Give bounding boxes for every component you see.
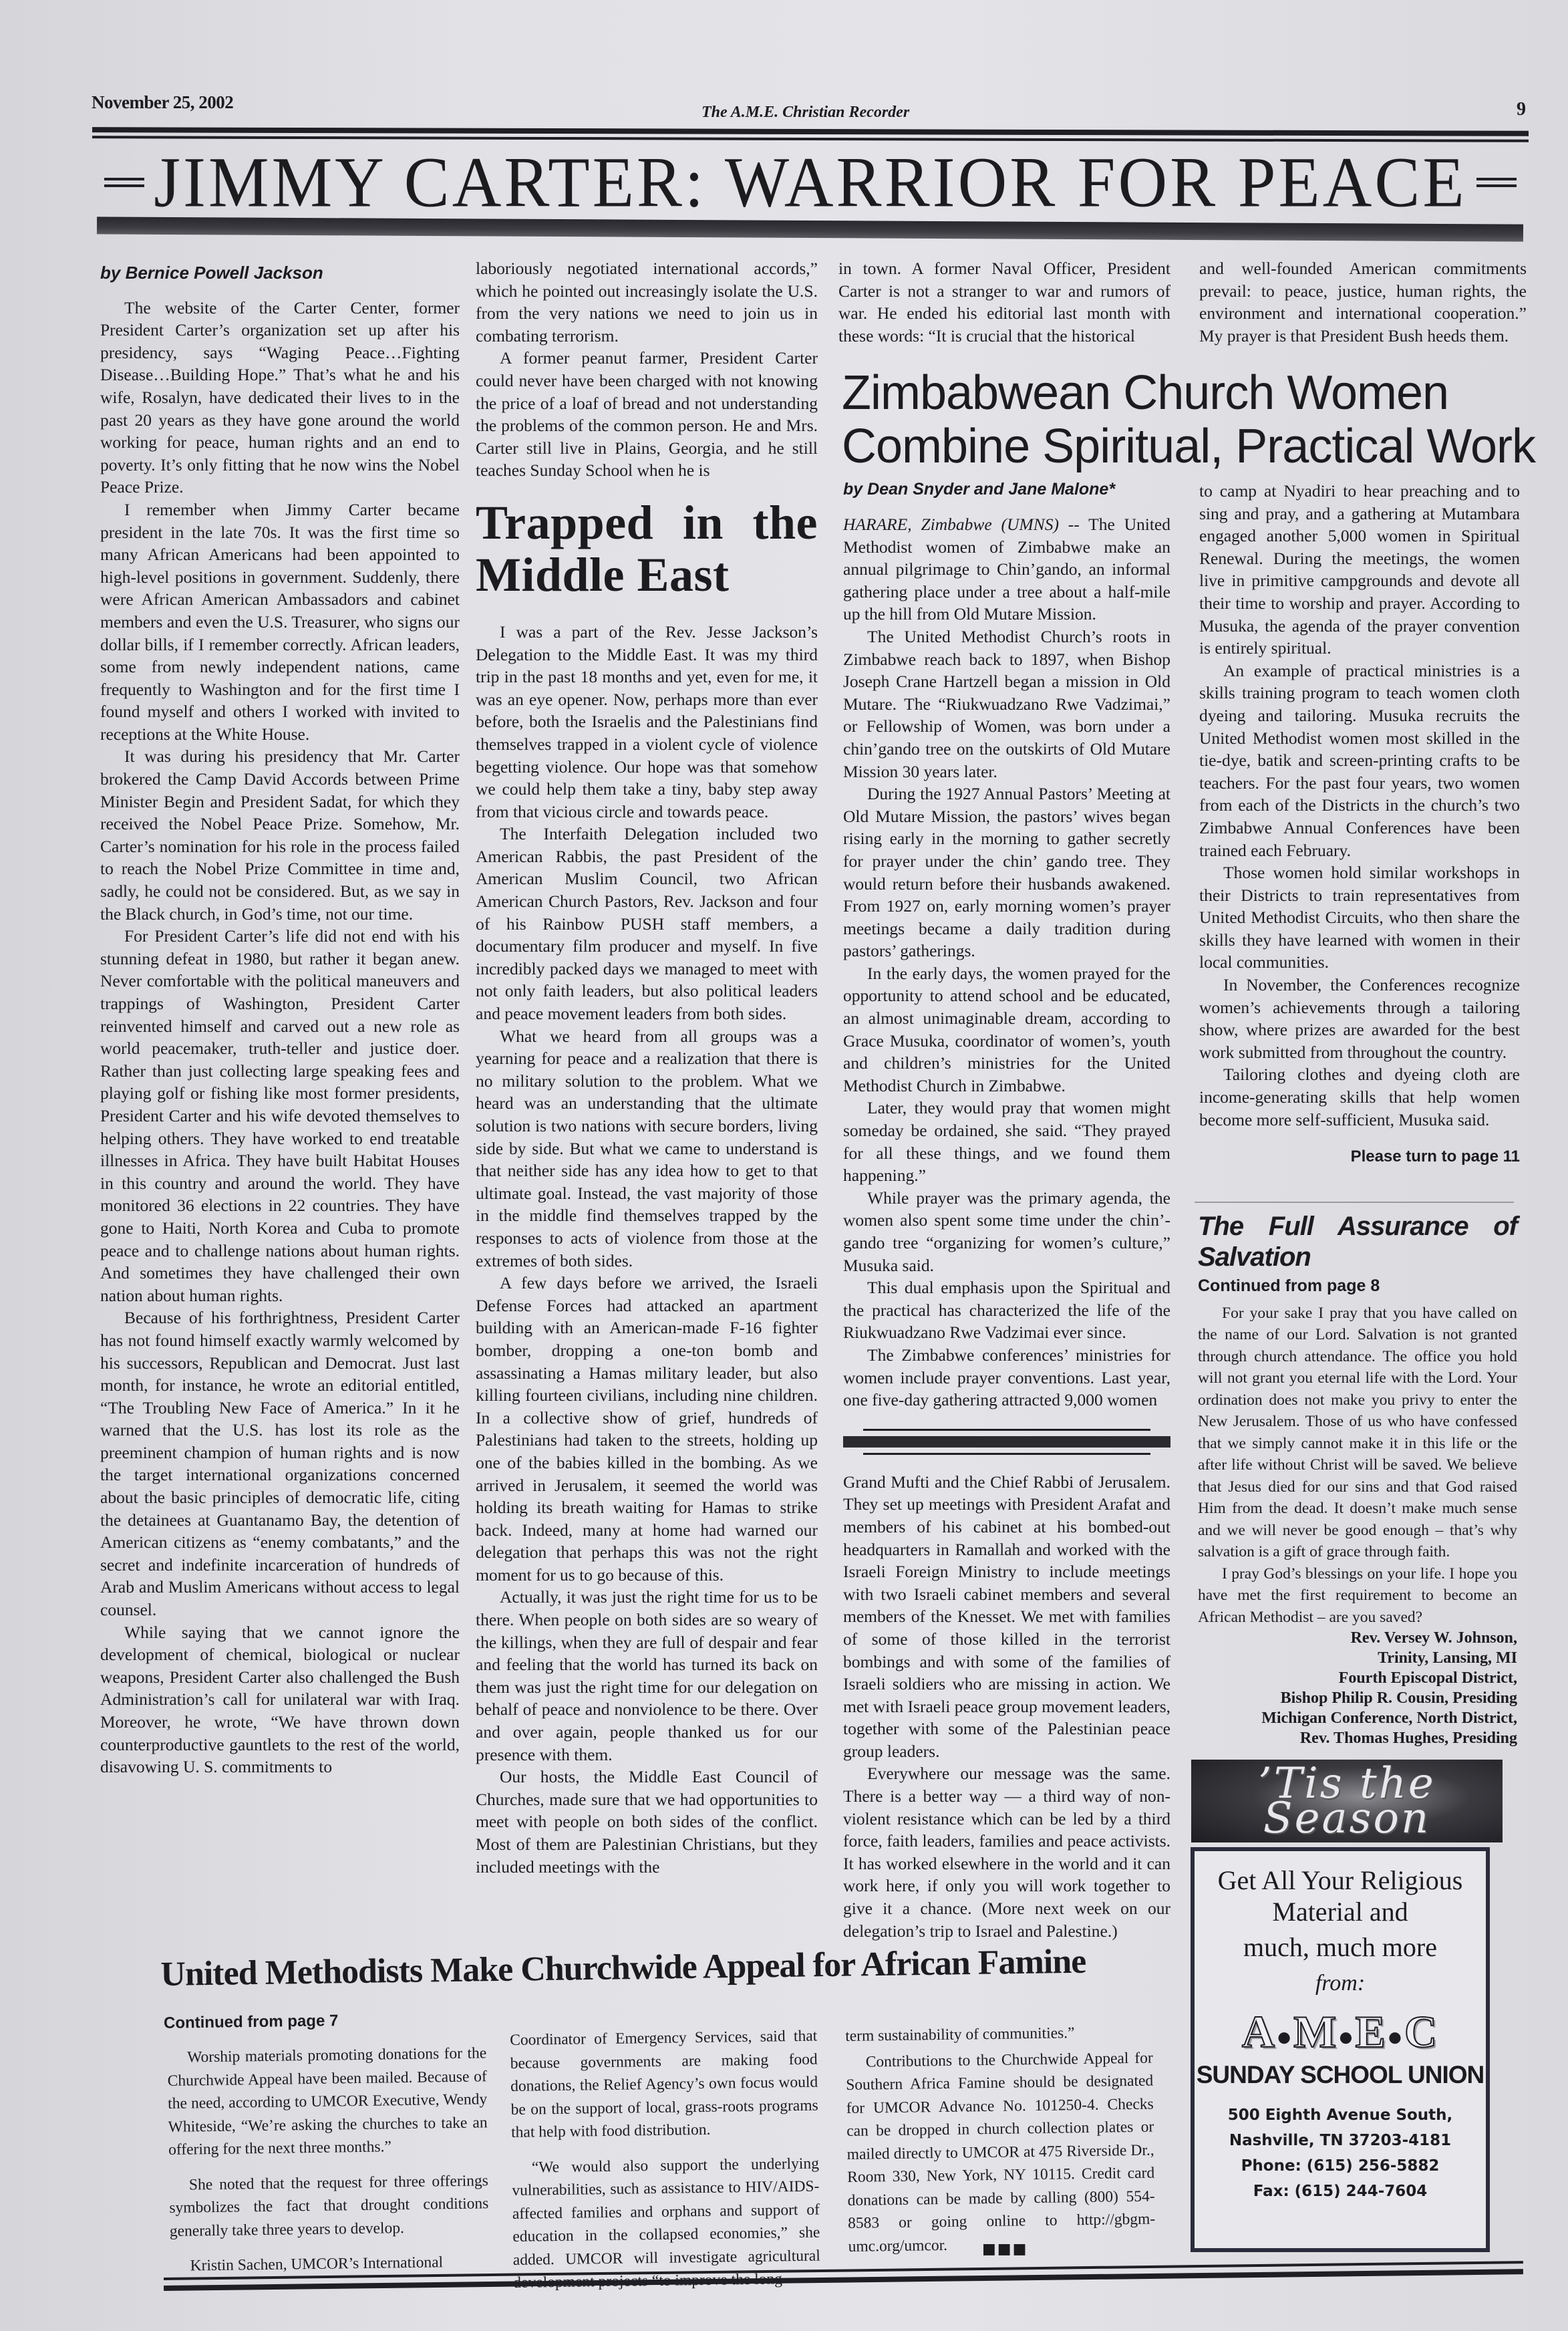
paragraph: and well-founded American commitments pr…: [1199, 257, 1527, 347]
ad-line-2: Material and: [1195, 1896, 1486, 1927]
paragraph: What we heard from all groups was a year…: [476, 1025, 818, 1272]
continued-line: Continued from page 8: [1198, 1275, 1517, 1297]
paragraph: I pray God’s blessings on your life. I h…: [1198, 1563, 1517, 1629]
zimbabwe-byline: by Dean Snyder and Jane Malone*: [843, 480, 1115, 499]
paragraph: For President Carter’s life did not end …: [100, 925, 460, 1307]
carter-column-3: in town. A former Naval Officer, Preside…: [838, 257, 1170, 347]
address-line-2: Nashville, TN 37203-4181: [1195, 2128, 1486, 2153]
ad-line-1: Get All Your Religious: [1195, 1865, 1486, 1896]
paragraph: Later, they would pray that women might …: [843, 1097, 1170, 1186]
section-divider: [1195, 1202, 1514, 1203]
paragraph: Grand Mufti and the Chief Rabbi of Jerus…: [843, 1471, 1170, 1763]
article-divider: [843, 1429, 1170, 1455]
carter-column-4: and well-founded American commitments pr…: [1199, 257, 1527, 347]
column-2: laboriously negotiated international acc…: [476, 257, 818, 1878]
zimbabwe-column-3: HARARE, Zimbabwe (UMNS) -- The United Me…: [843, 513, 1170, 1942]
ad-line-3: much, much more: [1195, 1931, 1486, 1963]
tis-the-season-banner: ’Tis the Season: [1191, 1760, 1503, 1842]
publication-name: The A.M.E. Christian Recorder: [701, 104, 909, 122]
salvation-headline: The Full Assurance of Salvation: [1198, 1211, 1517, 1272]
famine-column-3: term sustainability of communities.” Con…: [845, 2021, 1156, 2270]
paragraph: in town. A former Naval Officer, Preside…: [838, 257, 1170, 347]
paragraph: to camp at Nyadiri to hear preaching and…: [1199, 480, 1520, 660]
signature-line: Fourth Episcopal District,: [1198, 1668, 1517, 1688]
paragraph: Coordinator of Emergency Services, said …: [510, 2025, 818, 2145]
amec-logo: A●M●E●C: [1195, 2006, 1486, 2058]
masthead-title: JIMMY CARTER: WARRIOR FOR PEACE: [154, 142, 1466, 224]
paragraph: While saying that we cannot ignore the d…: [100, 1621, 460, 1778]
paragraph: This dual emphasis upon the Spiritual an…: [843, 1276, 1170, 1344]
famine-continued: Continued from page 7: [164, 2012, 339, 2033]
signature-line: Bishop Philip R. Cousin, Presiding: [1198, 1688, 1517, 1708]
paragraph: A few days before we arrived, the Israel…: [476, 1272, 818, 1586]
ad-from: from:: [1195, 1971, 1486, 1996]
paragraph: Everywhere our message was the same. The…: [843, 1762, 1170, 1942]
header-rule-thick: [92, 127, 1529, 136]
banner-line-2: Season: [1263, 1801, 1430, 1836]
famine-headline: United Methodists Make Churchwide Appeal…: [160, 1941, 1177, 1994]
section-masthead: JIMMY CARTER: WARRIOR FOR PEACE: [92, 146, 1529, 219]
organization-name: SUNDAY SCHOOL UNION: [1195, 2061, 1486, 2089]
page-number: 9: [1517, 99, 1526, 120]
signature-line: Michigan Conference, North District,: [1198, 1708, 1517, 1728]
paragraph: She noted that the request for three off…: [169, 2169, 489, 2243]
paragraph: The Zimbabwe conferences’ ministries for…: [843, 1344, 1170, 1411]
contact-block: 500 Eighth Avenue South, Nashville, TN 3…: [1195, 2102, 1486, 2204]
address-line-1: 500 Eighth Avenue South,: [1195, 2102, 1486, 2128]
paragraph: Because of his forthrightness, President…: [100, 1307, 460, 1621]
masthead-right-dash: [1476, 178, 1517, 187]
paragraph: While prayer was the primary agenda, the…: [843, 1187, 1170, 1276]
signature-line: Rev. Thomas Hughes, Presiding: [1198, 1728, 1517, 1748]
masthead-left-dash: [104, 178, 144, 187]
paragraph: HARARE, Zimbabwe (UMNS) -- The United Me…: [843, 513, 1170, 626]
sunday-school-union-ad: Get All Your Religious Material and much…: [1191, 1847, 1490, 2252]
paragraph: The website of the Carter Center, former…: [100, 297, 460, 499]
dot-icon: ●: [1387, 2022, 1404, 2052]
dot-icon: ●: [1276, 2022, 1293, 2052]
paragraph: An example of practical ministries is a …: [1199, 660, 1520, 861]
signature-line: Trinity, Lansing, MI: [1198, 1648, 1517, 1668]
paragraph: Our hosts, the Middle East Council of Ch…: [476, 1766, 818, 1878]
paragraph: I remember when Jimmy Carter became pres…: [100, 499, 460, 746]
paragraph: Contributions to the Churchwide Appeal f…: [846, 2046, 1156, 2258]
paragraph: It was during his presidency that Mr. Ca…: [100, 745, 460, 925]
newspaper-page: November 25, 2002 The A.M.E. Christian R…: [0, 0, 1568, 2331]
paragraph: The Interfaith Delegation included two A…: [476, 823, 818, 1024]
paragraph: The United Methodist Church’s roots in Z…: [843, 626, 1170, 783]
paragraph: For your sake I pray that you have calle…: [1198, 1302, 1517, 1563]
jump-line: Please turn to page 11: [1199, 1145, 1520, 1168]
middle-east-headline: Trapped in the Middle East: [476, 497, 818, 601]
signature-line: Rev. Versey W. Johnson,: [1198, 1628, 1517, 1648]
paragraph: A former peanut farmer, President Carter…: [476, 347, 818, 482]
fax: Fax: (615) 244-7604: [1195, 2179, 1486, 2204]
dot-icon: ●: [1338, 2022, 1355, 2052]
paragraph: Actually, it was just the right time for…: [476, 1586, 818, 1766]
famine-column-2: Coordinator of Emergency Services, said …: [510, 2025, 821, 2307]
issue-date: November 25, 2002: [92, 92, 233, 113]
paragraph: Tailoring clothes and dyeing cloth are i…: [1199, 1063, 1520, 1131]
famine-column-1: Worship materials promoting donations fo…: [167, 2042, 490, 2290]
paragraph: Those women hold similar workshops in th…: [1199, 861, 1520, 974]
paragraph: I was a part of the Rev. Jesse Jackson’s…: [476, 621, 818, 823]
paragraph: In the early days, the women prayed for …: [843, 962, 1170, 1097]
signature-block: Rev. Versey W. Johnson, Trinity, Lansing…: [1198, 1628, 1517, 1748]
paragraph: In November, the Conferences recognize w…: [1199, 974, 1520, 1063]
paragraph: term sustainability of communities.”: [845, 2021, 1152, 2048]
paragraph: Worship materials promoting donations fo…: [167, 2042, 488, 2161]
salvation-column: The Full Assurance of Salvation Continue…: [1198, 1211, 1517, 1748]
phone: Phone: (615) 256-5882: [1195, 2153, 1486, 2179]
dateline: HARARE, Zimbabwe (UMNS): [843, 515, 1059, 534]
zimbabwe-headline: Zimbabwean Church Women Combine Spiritua…: [842, 366, 1537, 473]
carter-byline: by Bernice Powell Jackson: [100, 262, 460, 285]
zimbabwe-column-4: to camp at Nyadiri to hear preaching and…: [1199, 480, 1520, 1168]
paragraph: During the 1927 Annual Pastors’ Meeting …: [843, 783, 1170, 962]
paragraph: laboriously negotiated international acc…: [476, 257, 818, 347]
carter-column-1: by Bernice Powell Jackson The website of…: [100, 262, 460, 1778]
end-of-article-mark: ■■■: [982, 2241, 1028, 2257]
